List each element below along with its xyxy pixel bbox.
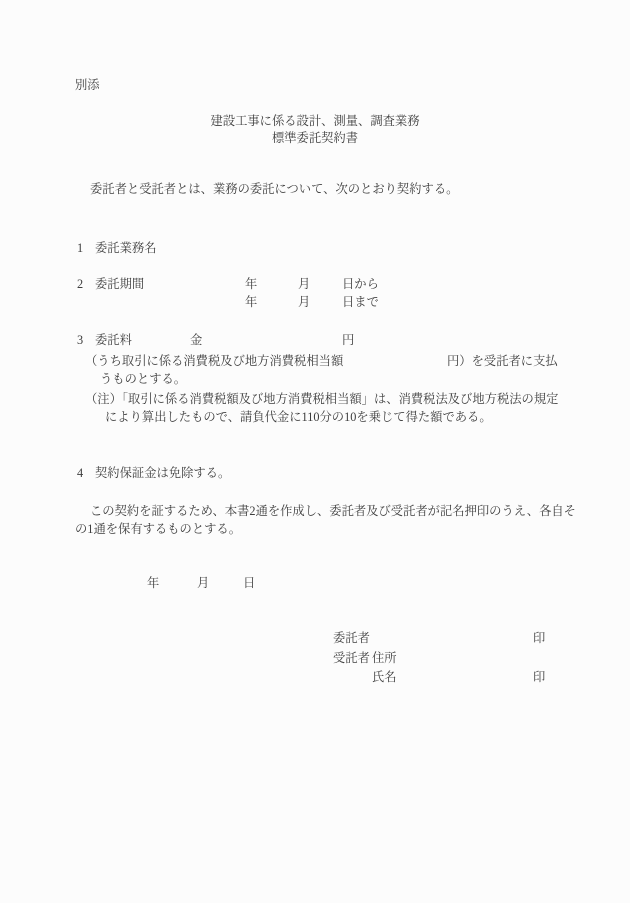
period-to-month-label: 月: [298, 295, 310, 309]
attachment-label: 別添: [75, 78, 100, 92]
period-to-day-label: 日まで: [342, 295, 379, 309]
period-from-day-label: 日から: [342, 277, 379, 291]
fee-amount-unit: 円: [342, 333, 354, 347]
item-1-number: 1: [77, 241, 83, 255]
document-title-line2: 標準委託契約書: [0, 130, 630, 147]
document-title: 建設工事に係る設計、測量、調査業務 標準委託契約書: [0, 113, 630, 147]
date-day-label: 日: [243, 576, 255, 590]
intro-paragraph: 委託者と受託者とは、業務の委託について、次のとおり契約する。: [90, 182, 458, 196]
period-from-month-label: 月: [298, 277, 310, 291]
tax-note-line2: により算出したもので、請負代金に110分の10を乗じて得た額である。: [105, 410, 492, 424]
contract-page: 別添 建設工事に係る設計、測量、調査業務 標準委託契約書 委託者と受託者とは、業…: [0, 0, 630, 903]
item-4-label: 契約保証金は免除する。: [95, 466, 230, 480]
period-from-year-label: 年: [245, 277, 257, 291]
fee-amount-prefix: 金: [190, 333, 202, 347]
item-1-label: 委託業務名: [95, 241, 157, 255]
document-title-line1: 建設工事に係る設計、測量、調査業務: [0, 113, 630, 130]
date-year-label: 年: [147, 576, 159, 590]
consignee-label: 受託者: [333, 651, 370, 665]
item-3-number: 3: [77, 333, 83, 347]
period-to-year-label: 年: [245, 295, 257, 309]
date-month-label: 月: [197, 576, 209, 590]
item-3-label: 委託料: [95, 333, 132, 347]
item-2-number: 2: [77, 277, 83, 291]
consignee-name-label: 氏名: [372, 670, 397, 684]
consignee-address-label: 住所: [372, 651, 397, 665]
consignee-name-seal-label: 印: [533, 670, 545, 684]
item-4-number: 4: [77, 466, 83, 480]
tax-clause-line2: うものとする。: [100, 372, 186, 386]
consignor-seal-label: 印: [533, 631, 545, 645]
tax-clause-line1-right: 円）を受託者に支払: [447, 354, 558, 368]
closing-paragraph-line2: の1通を保有するものとする。: [75, 522, 241, 536]
tax-note-line1: （注）「取引に係る消費税額及び地方消費税相当額」は、消費税法及び地方税法の規定: [85, 392, 558, 406]
closing-paragraph-line1: この契約を証するため、本書2通を作成し、委託者及び受託者が記名押印のうえ、各自そ: [90, 504, 576, 518]
tax-clause-line1-left: （うち取引に係る消費税及び地方消費税相当額: [85, 354, 343, 368]
consignor-label: 委託者: [333, 631, 370, 645]
item-2-label: 委託期間: [95, 277, 144, 291]
